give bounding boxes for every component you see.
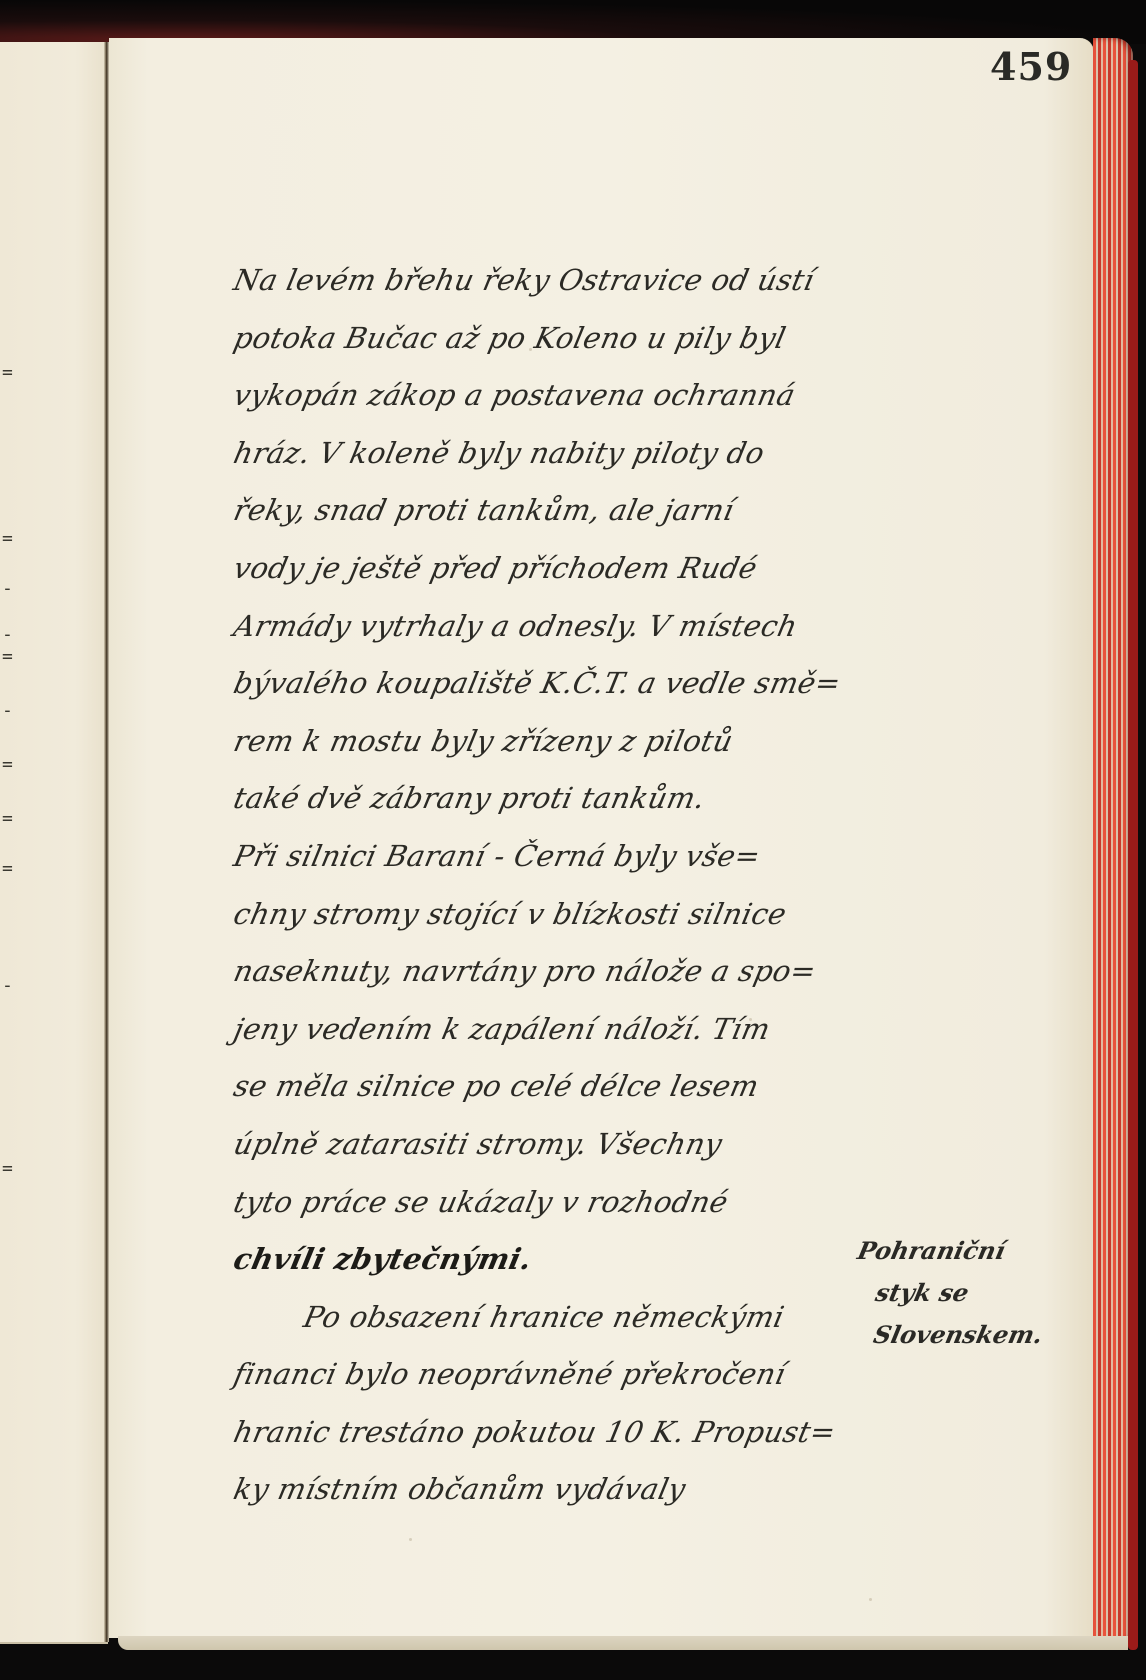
edge-mark: = — [2, 858, 13, 879]
margin-note-line: Pohraniční — [854, 1230, 1063, 1272]
text-line: řeky, snad proti tankům, ale jarní — [228, 482, 900, 540]
text-line: vody je ještě před příchodem Rudé — [228, 540, 900, 598]
left-page-edge-marks: = = - - = - = = = - = — [2, 0, 22, 1680]
book-cover-edge — [1128, 60, 1138, 1650]
margin-note: Pohraniční styk se Slovenskem. — [858, 1230, 1058, 1356]
edge-mark: - — [2, 578, 13, 599]
margin-note-line: styk se — [854, 1272, 1063, 1314]
handwritten-body-text: Na levém břehu řeky Ostravice od ústí po… — [228, 252, 888, 1519]
book-scan: = = - - = - = = = - = 459 Na levém břehu… — [0, 0, 1146, 1680]
text-line: hranic trestáno pokutou 10 K. Propust= — [228, 1404, 900, 1462]
edge-mark: = — [2, 362, 13, 383]
edge-mark: = — [2, 754, 13, 775]
text-line: bývalého koupaliště K.Č.T. a vedle smě= — [228, 655, 900, 713]
text-line: naseknuty, navrtány pro nálože a spo= — [228, 943, 900, 1001]
text-line: potoka Bučac až po Koleno u pily byl — [228, 310, 900, 368]
text-line: úplně zatarasiti stromy. Všechny — [228, 1116, 900, 1174]
text-line: hráz. V koleně byly nabity piloty do — [228, 425, 900, 483]
edge-mark: = — [2, 528, 13, 549]
edge-mark: - — [2, 975, 13, 996]
text-line: jeny vedením k zapálení náloží. Tím — [228, 1001, 900, 1059]
edge-mark: - — [2, 624, 13, 645]
text-line: vykopán zákop a postavena ochranná — [228, 367, 900, 425]
text-line: chny stromy stojící v blízkosti silnice — [228, 886, 900, 944]
paragraph-start-line: Po obsazení hranice německými — [228, 1289, 900, 1347]
text-line: financi bylo neoprávněné překročení — [228, 1346, 900, 1404]
page-bottom-edge — [118, 1636, 1128, 1650]
text-line: se měla silnice po celé délce lesem — [228, 1058, 900, 1116]
text-line: Armády vytrhaly a odnesly. V místech — [228, 598, 900, 656]
edge-mark: = — [2, 1158, 13, 1179]
text-line: tyto práce se ukázaly v rozhodné — [228, 1174, 900, 1232]
edge-mark: - — [2, 700, 13, 721]
page-number: 459 — [990, 44, 1072, 89]
text-line: ky místním občanům vydávaly — [228, 1461, 900, 1519]
page-edges-stack — [1093, 38, 1133, 1646]
margin-note-line: Slovenskem. — [854, 1314, 1063, 1356]
text-line: také dvě zábrany proti tankům. — [228, 770, 900, 828]
edge-mark: = — [2, 646, 13, 667]
edge-mark: = — [2, 808, 13, 829]
text-line: Při silnici Baraní - Černá byly vše= — [228, 828, 900, 886]
text-line: rem k mostu byly zřízeny z pilotů — [228, 713, 900, 771]
text-line-emphasized: chvíli zbytečnými. — [228, 1231, 900, 1289]
text-line: Na levém břehu řeky Ostravice od ústí — [228, 252, 900, 310]
